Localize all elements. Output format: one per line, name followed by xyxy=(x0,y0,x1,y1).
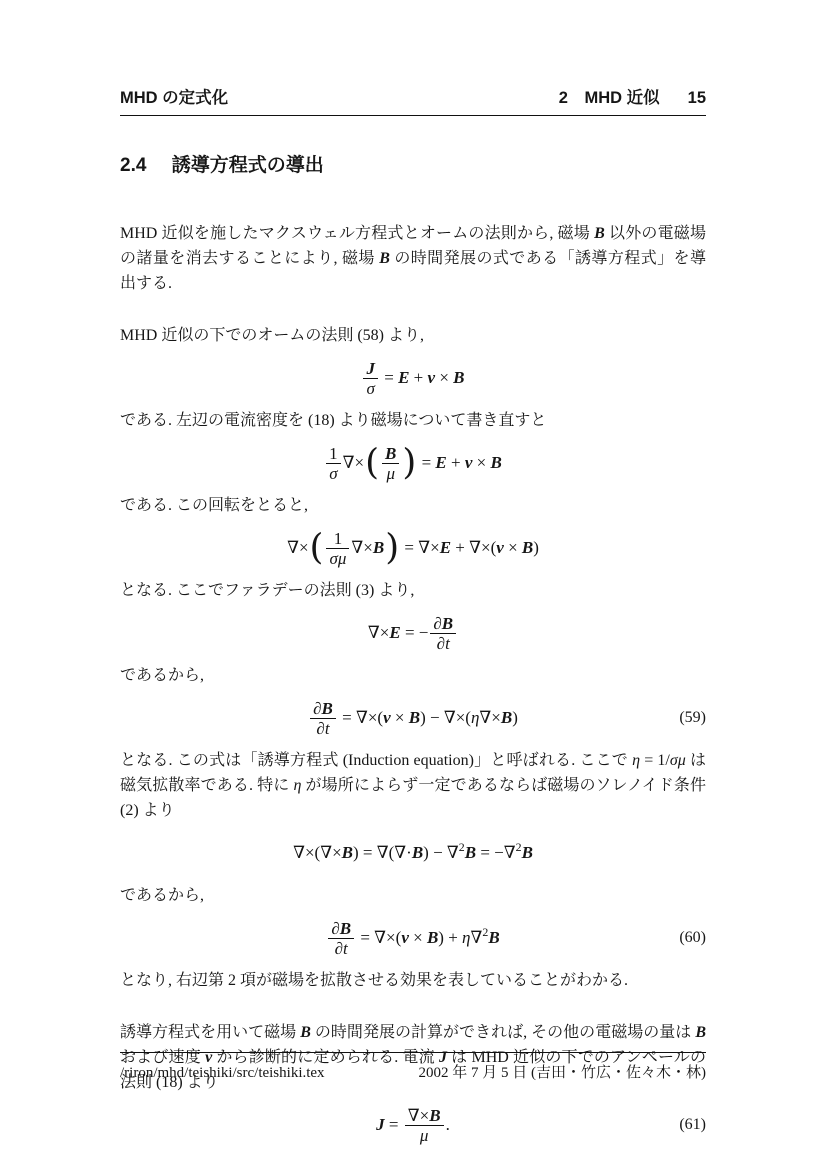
display-equation: ∂B∂t = ∇×(v × B) − ∇×(η∇×B)(59) xyxy=(120,698,706,738)
equation-body: ∂B∂t = ∇×(v × B) − ∇×(η∇×B) xyxy=(308,699,518,738)
page-footer: /riron/mhd/teishiki/src/teishiki.tex 200… xyxy=(120,1052,706,1082)
equation-number: (59) xyxy=(679,709,706,727)
equation-body: Jσ = E + v × B xyxy=(361,359,464,398)
display-equation: Jσ = E + v × B xyxy=(120,358,706,398)
equation-body: J = ∇×Bμ. xyxy=(376,1106,450,1145)
equation-body: 1σ∇×(Bμ) = E + v × B xyxy=(324,444,502,483)
display-equation: ∇×(1σμ∇×B) = ∇×E + ∇×(v × B) xyxy=(120,528,706,568)
header-running-title: MHD の定式化 xyxy=(120,84,228,108)
header-right: 2 MHD 近似 15 xyxy=(559,84,706,108)
display-equation: ∇×(∇×B) = ∇(∇·B) − ∇2B = −∇2B xyxy=(120,833,706,873)
equation-body: ∇×(∇×B) = ∇(∇·B) − ∇2B = −∇2B xyxy=(293,843,533,863)
document-flow: MHD 近似を施したマクスウェル方程式とオームの法則から, 磁場 B 以外の電磁… xyxy=(120,221,706,1145)
paragraph: である. 左辺の電流密度を (18) より磁場について書き直すと xyxy=(120,408,706,433)
paragraph: となり, 右辺第 2 項が磁場を拡散させる効果を表していることがわかる. xyxy=(120,968,706,993)
paragraph: MHD 近似の下でのオームの法則 (58) より, xyxy=(120,323,706,348)
footer-source-path: /riron/mhd/teishiki/src/teishiki.tex xyxy=(120,1065,325,1082)
paragraph: である. この回転をとると, xyxy=(120,493,706,518)
paragraph: となる. ここでファラデーの法則 (3) より, xyxy=(120,578,706,603)
document-page: MHD の定式化 2 MHD 近似 15 2.4 誘導方程式の導出 MHD 近似… xyxy=(0,0,826,1169)
equation-body: ∇×E = −∂B∂t xyxy=(368,614,458,653)
paragraph: であるから, xyxy=(120,663,706,688)
equation-body: ∂B∂t = ∇×(v × B) + η∇2B xyxy=(326,919,499,958)
display-equation: ∇×E = −∂B∂t xyxy=(120,613,706,653)
equation-body: ∇×(1σμ∇×B) = ∇×E + ∇×(v × B) xyxy=(287,529,539,568)
equation-number: (60) xyxy=(679,929,706,947)
display-equation: J = ∇×Bμ.(61) xyxy=(120,1105,706,1145)
display-equation: 1σ∇×(Bμ) = E + v × B xyxy=(120,443,706,483)
page-header: MHD の定式化 2 MHD 近似 15 xyxy=(120,84,706,116)
header-page-number: 15 xyxy=(688,89,706,108)
section-number: 2.4 xyxy=(120,155,146,176)
page-content: MHD の定式化 2 MHD 近似 15 2.4 誘導方程式の導出 MHD 近似… xyxy=(120,84,706,1154)
section-heading: 2.4 誘導方程式の導出 xyxy=(120,150,706,177)
paragraph: であるから, xyxy=(120,883,706,908)
display-equation: ∂B∂t = ∇×(v × B) + η∇2B(60) xyxy=(120,918,706,958)
paragraph: MHD 近似を施したマクスウェル方程式とオームの法則から, 磁場 B 以外の電磁… xyxy=(120,221,706,296)
equation-number: (61) xyxy=(679,1116,706,1134)
header-section-title: 2 MHD 近似 xyxy=(559,84,660,108)
paragraph: となる. この式は「誘導方程式 (Induction equation)」と呼ば… xyxy=(120,748,706,823)
footer-date-authors: 2002 年 7 月 5 日 (吉田・竹広・佐々木・林) xyxy=(419,1061,707,1082)
section-title: 誘導方程式の導出 xyxy=(172,155,324,176)
